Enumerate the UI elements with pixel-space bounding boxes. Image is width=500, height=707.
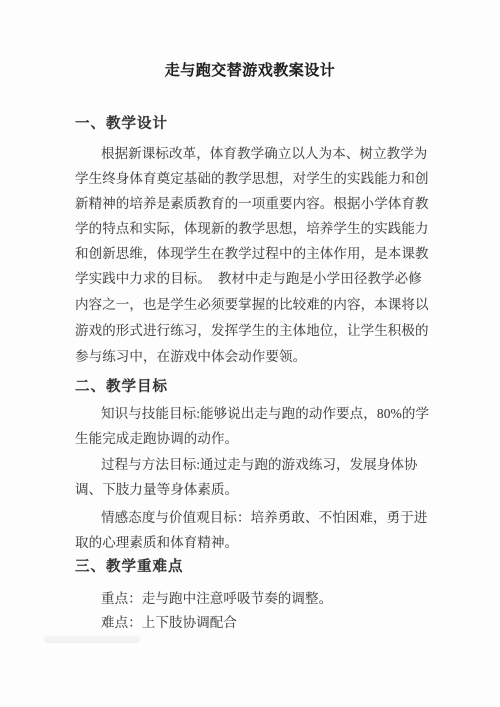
body-line: 取的心理素质和体育精神。: [75, 530, 435, 555]
section-heading-1: 一、教学设计: [75, 112, 435, 137]
body-line: 内容之一，也是学生必须要掌握的比较难的内容，本课将以: [75, 292, 435, 317]
document-title: 走与跑交替游戏教案设计: [0, 59, 500, 84]
section-heading-3: 三、教学重难点: [75, 555, 435, 580]
body-line: 学的特点和实际，体现新的教学思想，培养学生的实践能力: [75, 216, 435, 241]
body-line: 根据新课标改革，体育教学确立以人为本、树立教学为: [75, 141, 461, 166]
body-line: 重点：走与跑中注意呼吸节奏的调整。: [75, 586, 461, 611]
body-line: 调、下肢力量等身体素质。: [75, 477, 435, 502]
body-line: 知识与技能目标:能够说出走与跑的动作要点，80%的学: [75, 401, 461, 426]
body-line: 和创新思维，体现学生在教学过程中的主体作用，是本课教: [75, 241, 435, 266]
section-heading-2: 二、教学目标: [75, 375, 435, 400]
body-line: 游戏的形式进行练习，发挥学生的主体地位，让学生积极的: [75, 318, 435, 343]
document-page: 走与跑交替游戏教案设计 一、教学设计 根据新课标改革，体育教学确立以人为本、树立…: [0, 0, 500, 707]
body-line: 新精神的培养是素质教育的一项重要内容。根据小学体育教: [75, 191, 435, 216]
scan-smudge-artifact: [44, 636, 140, 643]
body-line: 学实践中力求的目标。 教材中走与跑是小学田径教学必修: [75, 266, 435, 291]
body-line: 情感态度与价值观目标：培养勇敢、不怕困难，勇于进: [75, 505, 461, 530]
body-line: 参与练习中，在游戏中体会动作要领。: [75, 344, 435, 369]
body-line: 学生终身体育奠定基础的教学思想，对学生的实践能力和创: [75, 166, 435, 191]
body-line: 难点：上下肢协调配合: [75, 610, 461, 635]
body-line: 过程与方法目标:通过走与跑的游戏练习，发展身体协: [75, 452, 461, 477]
body-line: 生能完成走跑协调的动作。: [75, 426, 435, 451]
